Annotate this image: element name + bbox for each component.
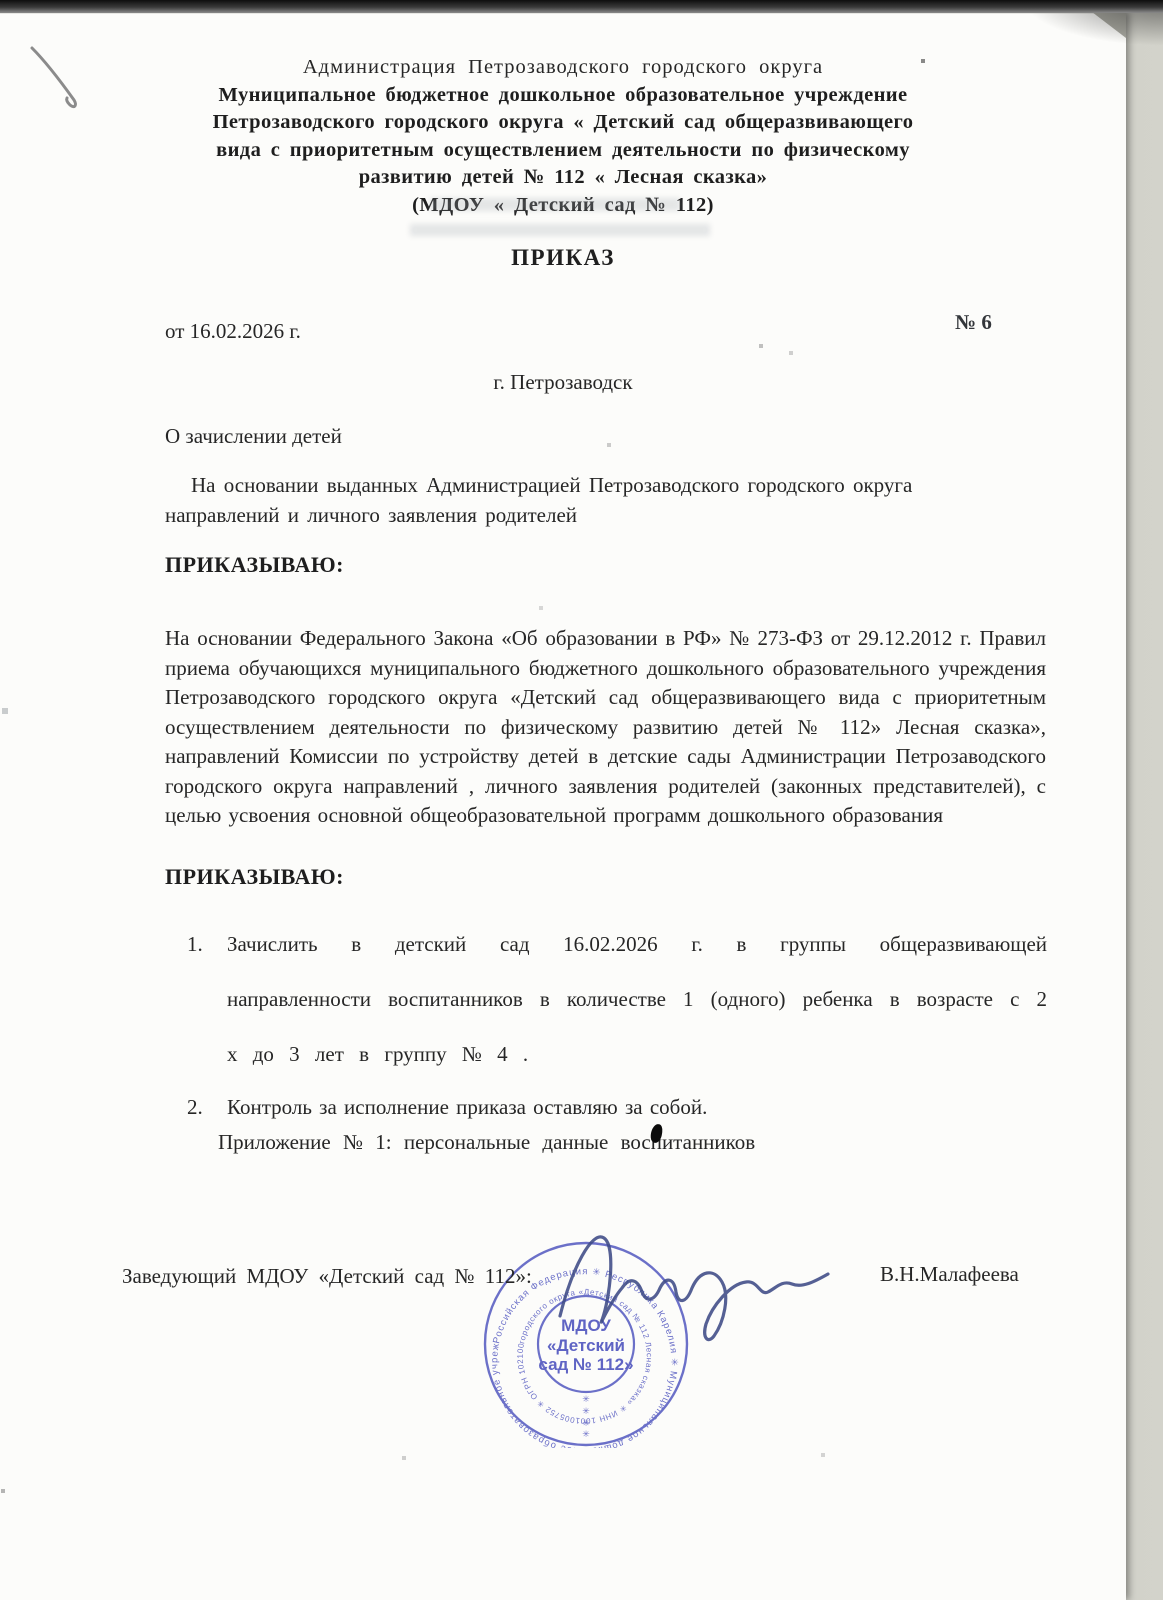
stamp-asterisk: ✳	[582, 1394, 590, 1404]
pen-scratch-mark	[18, 34, 98, 124]
stamp-asterisk: ✳	[582, 1429, 590, 1439]
legal-basis-paragraph: На основании Федерального Закона «Об обр…	[165, 624, 1046, 831]
letterhead-administration-line: Администрация Петрозаводского городского…	[123, 54, 1003, 82]
bleed-through-mark	[430, 198, 680, 211]
letterhead: Администрация Петрозаводского городского…	[123, 54, 1003, 220]
order-item-2: 2. Контроль за исполнение приказа оставл…	[187, 1090, 1047, 1124]
command-word-1: ПРИКАЗЫВАЮ:	[165, 552, 344, 578]
scanner-top-edge	[0, 0, 1163, 13]
stamp-asterisk: ✳	[582, 1406, 590, 1416]
document-page: Администрация Петрозаводского городского…	[0, 12, 1126, 1600]
command-word-2: ПРИКАЗЫВАЮ:	[165, 864, 344, 890]
scanned-document: Администрация Петрозаводского городского…	[0, 0, 1163, 1600]
letterhead-org-line: Петрозаводского городского округа « Детс…	[123, 109, 1003, 137]
order-item-1-number: 1.	[187, 917, 203, 972]
order-number: № 6	[955, 310, 992, 335]
attachment-line: Приложение № 1: персональные данные восп…	[218, 1130, 755, 1155]
stamp-asterisk: ✳	[582, 1418, 590, 1428]
document-title: ПРИКАЗ	[123, 245, 1003, 271]
preamble-paragraph: На основании выданных Администрацией Пет…	[165, 470, 995, 530]
city-line: г. Петрозаводск	[123, 370, 1003, 395]
order-item-1-text: Зачислить в детский сад 16.02.2026 г. в …	[227, 932, 1047, 1066]
letterhead-org-line: Муниципальное бюджетное дошкольное образ…	[123, 82, 1003, 110]
signatory-name: В.Н.Малафеева	[880, 1262, 1019, 1287]
signatory-position: Заведующий МДОУ «Детский сад № 112»:	[122, 1264, 532, 1289]
subject-line: О зачислении детей	[165, 424, 342, 449]
bleed-through-mark	[410, 224, 710, 236]
handwritten-signature	[552, 1224, 842, 1344]
order-date: от 16.02.2026 г.	[165, 319, 301, 344]
order-item-1: 1. Зачислить в детский сад 16.02.2026 г.…	[187, 917, 1047, 1082]
order-items-list: 1. Зачислить в детский сад 16.02.2026 г.…	[187, 917, 1047, 1124]
order-item-2-text: Контроль за исполнение приказа оставляю …	[227, 1095, 707, 1119]
letterhead-org-line: развитию детей № 112 « Лесная сказка»	[123, 164, 1003, 192]
order-item-2-number: 2.	[187, 1090, 203, 1124]
letterhead-org-line: вида с приоритетным осуществлением деяте…	[123, 137, 1003, 165]
